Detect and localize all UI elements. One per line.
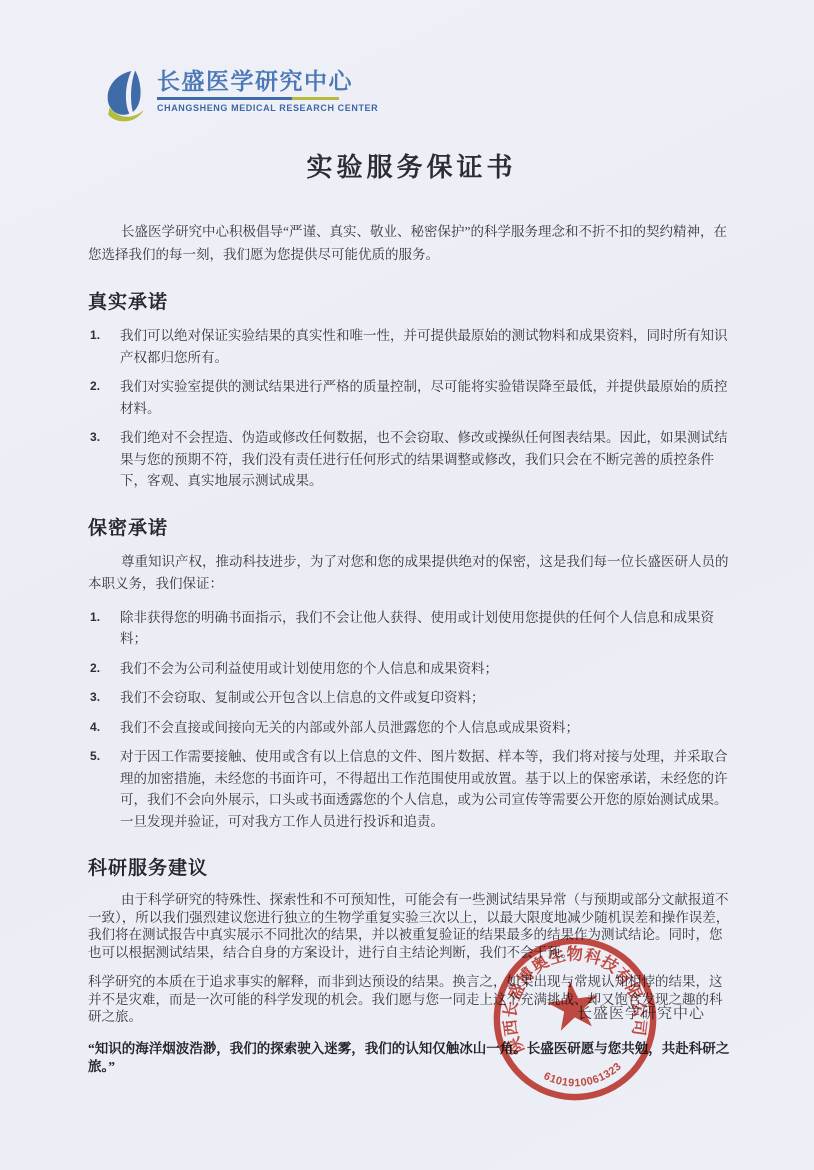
list-item: 我们不会直接或间接向无关的内部或外部人员泄露您的个人信息或成果资料； [88,717,735,739]
logo-cn-name: 长盛医学研究中心 [157,68,378,94]
list-item: 除非获得您的明确书面指示，我们不会让他人获得、使用或计划使用您提供的任何个人信息… [88,607,735,650]
logo-en-name: CHANGSHENG MEDICAL RESEARCH CENTER [157,103,378,113]
scanned-document-page: 长盛医学研究中心 CHANGSHENG MEDICAL RESEARCH CEN… [0,0,814,1170]
document-content: 实验服务保证书 长盛医学研究中心积极倡导“严谨、真实、敬业、秘密保护”的科学服务… [0,0,814,1076]
seal-star-icon [544,977,601,1032]
logo-divider [157,97,339,100]
list-item: 我们不会为公司利益使用或计划使用您的个人信息和成果资料； [88,658,735,680]
document-title: 实验服务保证书 [88,150,735,186]
list-item: 我们可以绝对保证实验结果的真实性和唯一性，并可提供最原始的测试物料和成果资料，同… [88,325,735,368]
list-item: 我们绝对不会捏造、伪造或修改任何数据，也不会窃取、修改或操纵任何图表结果。因此，… [88,427,735,492]
section-heading-authenticity: 真实承诺 [88,287,735,314]
list-item: 对于因工作需要接触、使用或含有以上信息的文件、图片数据、样本等，我们将对接与处理… [88,746,735,832]
confidentiality-lead: 尊重知识产权，推动科技进步，为了对您和您的成果提供绝对的保密，这是我们每一位长盛… [88,551,735,595]
logo-leaf-icon [99,68,151,124]
list-item: 我们对实验室提供的测试结果进行严格的质量控制，尽可能将实验错误降至最低，并提供最… [88,376,735,419]
confidentiality-list: 除非获得您的明确书面指示，我们不会让他人获得、使用或计划使用您提供的任何个人信息… [88,607,735,833]
intro-paragraph: 长盛医学研究中心积极倡导“严谨、真实、敬业、秘密保护”的科学服务理念和不折不扣的… [88,220,735,266]
company-seal-stamp: 陕西长盛博奥生物科技有限公司 6101910061323 [474,918,675,1119]
section-heading-advice: 科研服务建议 [88,853,735,880]
logo-text-block: 长盛医学研究中心 CHANGSHENG MEDICAL RESEARCH CEN… [157,68,378,113]
list-item: 我们不会窃取、复制或公开包含以上信息的文件或复印资料； [88,687,735,709]
company-logo: 长盛医学研究中心 CHANGSHENG MEDICAL RESEARCH CEN… [99,68,378,124]
section-heading-confidentiality: 保密承诺 [88,513,735,540]
authenticity-list: 我们可以绝对保证实验结果的真实性和唯一性，并可提供最原始的测试物料和成果资料，同… [88,325,735,492]
